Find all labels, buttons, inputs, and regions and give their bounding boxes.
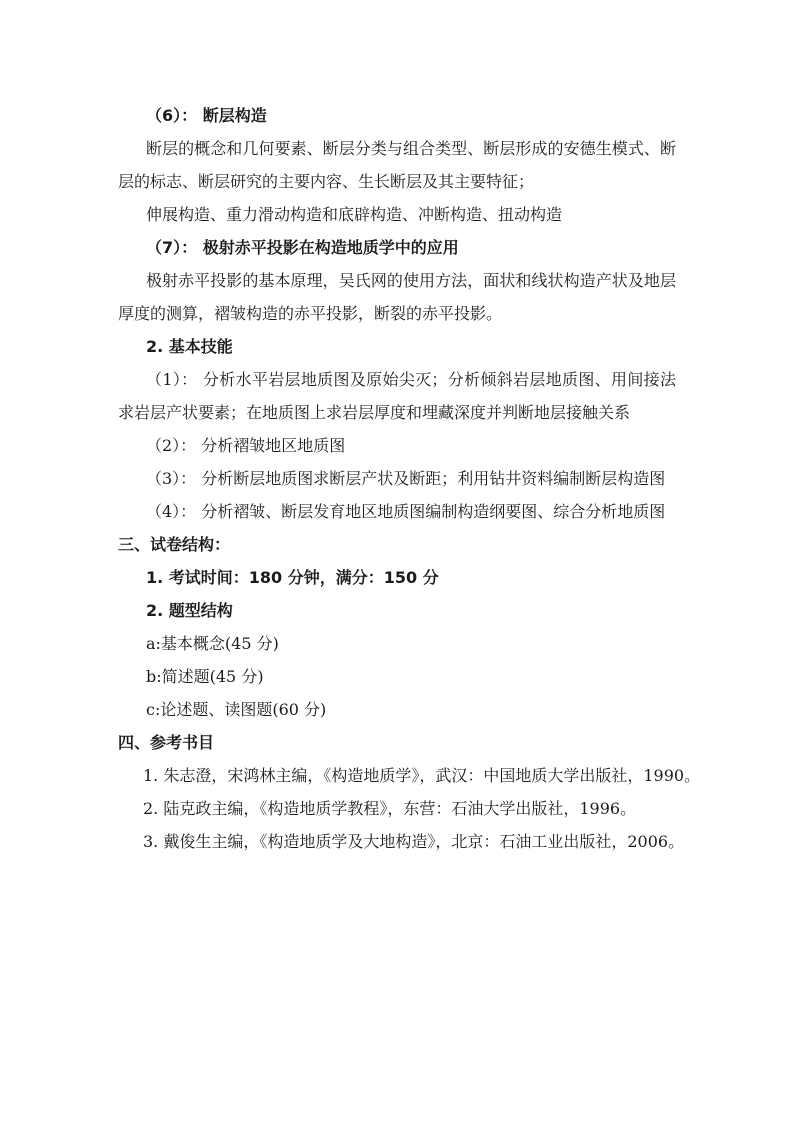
doc-paragraph-body-9: （4）： 分析褶皱、断层发育地区地质图编制构造纲要图、综合分析地质图 — [118, 495, 676, 528]
doc-paragraph-body-4: 极射赤平投影的基本原理，吴氏网的使用方法，面状和线状构造产状及地层厚度的测算，褶… — [118, 264, 676, 330]
document-page: （6）： 断层构造断层的概念和几何要素、断层分类与组合类型、断层形成的安德生模式… — [0, 0, 793, 1121]
doc-paragraph-section-10: 三、试卷结构： — [118, 528, 676, 561]
doc-paragraph-ref-18: 2. 陆克政主编，《构造地质学教程》，东营：石油大学出版社，1996。 — [118, 792, 676, 825]
doc-paragraph-body-1: 断层的概念和几何要素、断层分类与组合类型、断层形成的安德生模式、断层的标志、断层… — [118, 132, 676, 198]
doc-paragraph-body-8: （3）： 分析断层地质图求断层产状及断距；利用钻井资料编制断层构造图 — [118, 462, 676, 495]
doc-paragraph-body-2: 伸展构造、重力滑动构造和底辟构造、冲断构造、扭动构造 — [118, 198, 676, 231]
doc-paragraph-heading-3: （7）： 极射赤平投影在构造地质学中的应用 — [118, 231, 676, 264]
doc-paragraph-body-15: c:论述题、读图题(60 分) — [118, 693, 676, 726]
doc-paragraph-heading-11: 1. 考试时间：180 分钟，满分：150 分 — [118, 561, 676, 594]
doc-paragraph-body-13: a:基本概念(45 分) — [118, 627, 676, 660]
doc-paragraph-body-6: （1）： 分析水平岩层地质图及原始尖灭；分析倾斜岩层地质图、用间接法求岩层产状要… — [118, 363, 676, 429]
doc-paragraph-heading-5: 2. 基本技能 — [118, 330, 676, 363]
doc-paragraph-body-14: b:简述题(45 分) — [118, 660, 676, 693]
document-content: （6）： 断层构造断层的概念和几何要素、断层分类与组合类型、断层形成的安德生模式… — [118, 99, 676, 858]
doc-paragraph-ref-19: 3. 戴俊生主编，《构造地质学及大地构造》，北京：石油工业出版社，2006。 — [118, 825, 676, 858]
doc-paragraph-ref-17: 1. 朱志澄，宋鸿林主编，《构造地质学》，武汉：中国地质大学出版社，1990。 — [118, 759, 676, 792]
doc-paragraph-section-16: 四、参考书目 — [118, 726, 676, 759]
doc-paragraph-heading-0: （6）： 断层构造 — [118, 99, 676, 132]
doc-paragraph-heading-12: 2. 题型结构 — [118, 594, 676, 627]
doc-paragraph-body-7: （2）： 分析褶皱地区地质图 — [118, 429, 676, 462]
